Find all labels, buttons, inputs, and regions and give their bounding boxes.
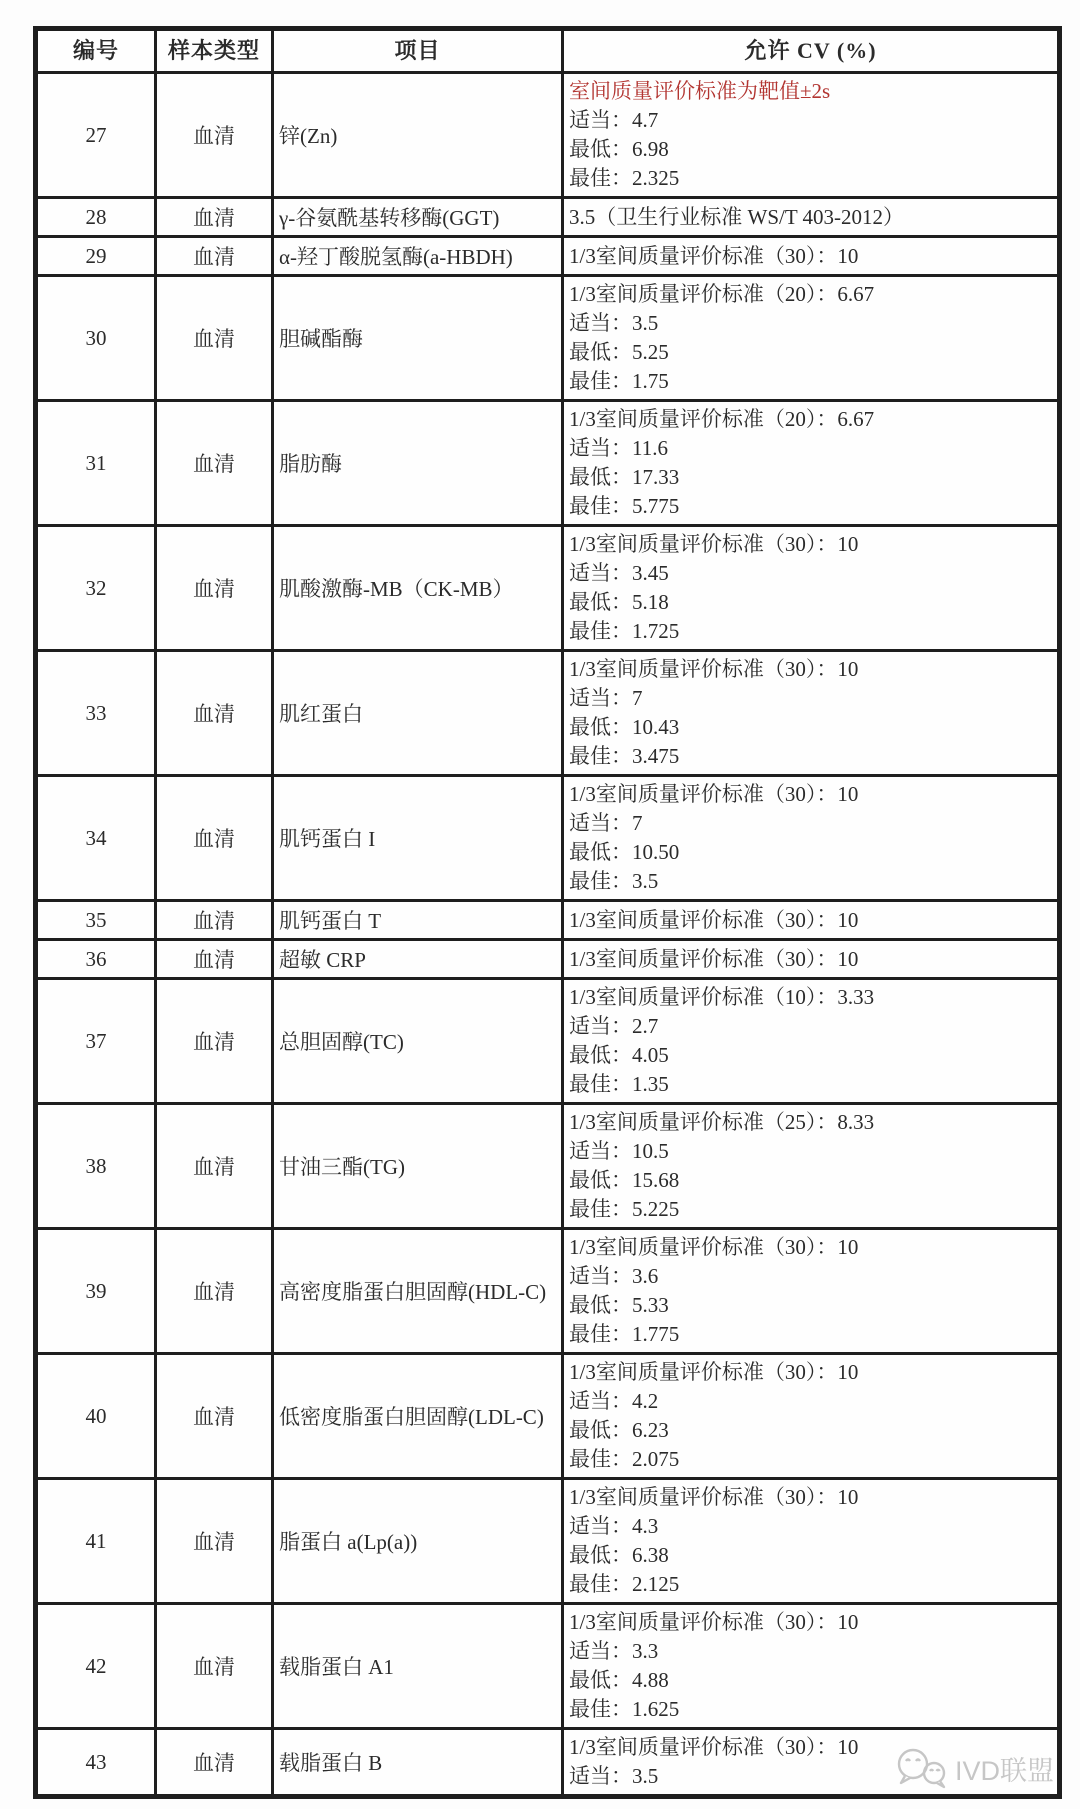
row-sample-type: 血清 — [156, 1604, 273, 1729]
cv-line: 最佳：5.775 — [569, 492, 1049, 521]
row-allowed-cv: 1/3室间质量评价标准（30）：10 — [563, 237, 1060, 276]
row-item: 超敏 CRP — [273, 940, 563, 979]
row-sample-type: 血清 — [156, 73, 273, 198]
row-number: 32 — [36, 526, 156, 651]
row-number: 33 — [36, 651, 156, 776]
col-header-id: 编号 — [36, 29, 156, 73]
cv-line: 1/3室间质量评价标准（30）：10 — [569, 655, 1049, 684]
cv-line: 最低：4.05 — [569, 1041, 1049, 1070]
row-item: 肌钙蛋白 T — [273, 901, 563, 940]
row-allowed-cv: 1/3室间质量评价标准（30）：10适当：4.3最低：6.38最佳：2.125 — [563, 1479, 1060, 1604]
cv-line: 最低：10.50 — [569, 838, 1049, 867]
table-row: 36血清超敏 CRP1/3室间质量评价标准（30）：10 — [36, 940, 1060, 979]
row-sample-type: 血清 — [156, 776, 273, 901]
col-header-allowed-cv: 允许 CV (%) — [563, 29, 1060, 73]
row-item: γ-谷氨酰基转移酶(GGT) — [273, 198, 563, 237]
header-row: 编号 样本类型 项目 允许 CV (%) — [36, 29, 1060, 73]
cv-line: 最佳：3.475 — [569, 742, 1049, 771]
row-allowed-cv: 1/3室间质量评价标准（30）：10适当：3.3最低：4.88最佳：1.625 — [563, 1604, 1060, 1729]
row-sample-type: 血清 — [156, 526, 273, 651]
cv-line: 最低：6.23 — [569, 1416, 1049, 1445]
cv-line: 适当：7 — [569, 684, 1049, 713]
row-sample-type: 血清 — [156, 198, 273, 237]
row-sample-type: 血清 — [156, 1479, 273, 1604]
row-item: α-羟丁酸脱氢酶(a-HBDH) — [273, 237, 563, 276]
row-allowed-cv: 1/3室间质量评价标准（25）：8.33适当：10.5最低：15.68最佳：5.… — [563, 1104, 1060, 1229]
row-number: 40 — [36, 1354, 156, 1479]
cv-line: 1/3室间质量评价标准（30）：10 — [569, 1483, 1049, 1512]
row-number: 29 — [36, 237, 156, 276]
cv-line: 3.5（卫生行业标准 WS/T 403-2012） — [569, 203, 1049, 232]
cv-line: 最低：4.88 — [569, 1666, 1049, 1695]
cv-line: 1/3室间质量评价标准（20）：6.67 — [569, 280, 1049, 309]
row-item: 脂蛋白 a(Lp(a)) — [273, 1479, 563, 1604]
cv-line: 最低：15.68 — [569, 1166, 1049, 1195]
row-item: 胆碱酯酶 — [273, 276, 563, 401]
table-row: 28血清γ-谷氨酰基转移酶(GGT)3.5（卫生行业标准 WS/T 403-20… — [36, 198, 1060, 237]
cv-line: 1/3室间质量评价标准（30）：10 — [569, 780, 1049, 809]
cv-line: 最佳：1.775 — [569, 1320, 1049, 1349]
row-sample-type: 血清 — [156, 901, 273, 940]
row-number: 35 — [36, 901, 156, 940]
cv-line: 适当：3.45 — [569, 559, 1049, 588]
row-number: 36 — [36, 940, 156, 979]
cv-line: 最低：6.38 — [569, 1541, 1049, 1570]
row-item: 肌酸激酶-MB（CK-MB） — [273, 526, 563, 651]
row-number: 30 — [36, 276, 156, 401]
table-row: 43血清载脂蛋白 B1/3室间质量评价标准（30）：10适当：3.5 — [36, 1729, 1060, 1797]
cv-line: 适当：3.5 — [569, 1762, 1049, 1791]
cv-standards-table: 编号 样本类型 项目 允许 CV (%) 27血清锌(Zn)室间质量评价标准为靶… — [33, 26, 1062, 1799]
cv-line: 1/3室间质量评价标准（30）：10 — [569, 1233, 1049, 1262]
cv-line: 适当：3.3 — [569, 1637, 1049, 1666]
cv-line: 最佳：1.35 — [569, 1070, 1049, 1099]
row-item: 甘油三酯(TG) — [273, 1104, 563, 1229]
table-row: 33血清肌红蛋白1/3室间质量评价标准（30）：10适当：7最低：10.43最佳… — [36, 651, 1060, 776]
cv-line: 1/3室间质量评价标准（30）：10 — [569, 242, 1049, 271]
cv-line: 最佳：1.725 — [569, 617, 1049, 646]
row-item: 载脂蛋白 B — [273, 1729, 563, 1797]
col-header-item: 项目 — [273, 29, 563, 73]
cv-line: 最佳：1.625 — [569, 1695, 1049, 1724]
row-allowed-cv: 室间质量评价标准为靶值±2s适当：4.7最低：6.98最佳：2.325 — [563, 73, 1060, 198]
row-number: 39 — [36, 1229, 156, 1354]
table-row: 31血清脂肪酶1/3室间质量评价标准（20）：6.67适当：11.6最低：17.… — [36, 401, 1060, 526]
row-sample-type: 血清 — [156, 651, 273, 776]
cv-line: 1/3室间质量评价标准（25）：8.33 — [569, 1108, 1049, 1137]
row-item: 低密度脂蛋白胆固醇(LDL-C) — [273, 1354, 563, 1479]
row-allowed-cv: 1/3室间质量评价标准（30）：10适当：4.2最低：6.23最佳：2.075 — [563, 1354, 1060, 1479]
row-item: 锌(Zn) — [273, 73, 563, 198]
cv-line: 最低：10.43 — [569, 713, 1049, 742]
row-sample-type: 血清 — [156, 276, 273, 401]
cv-line: 适当：3.5 — [569, 309, 1049, 338]
col-header-sample-type: 样本类型 — [156, 29, 273, 73]
row-sample-type: 血清 — [156, 1729, 273, 1797]
row-number: 27 — [36, 73, 156, 198]
cv-line: 1/3室间质量评价标准（30）：10 — [569, 1733, 1049, 1762]
row-number: 37 — [36, 979, 156, 1104]
cv-line: 适当：7 — [569, 809, 1049, 838]
cv-line: 1/3室间质量评价标准（30）：10 — [569, 1608, 1049, 1637]
row-number: 31 — [36, 401, 156, 526]
cv-line: 1/3室间质量评价标准（20）：6.67 — [569, 405, 1049, 434]
cv-line: 最佳：1.75 — [569, 367, 1049, 396]
row-allowed-cv: 1/3室间质量评价标准（20）：6.67适当：3.5最低：5.25最佳：1.75 — [563, 276, 1060, 401]
row-number: 38 — [36, 1104, 156, 1229]
row-sample-type: 血清 — [156, 1104, 273, 1229]
table-row: 41血清脂蛋白 a(Lp(a))1/3室间质量评价标准（30）：10适当：4.3… — [36, 1479, 1060, 1604]
row-sample-type: 血清 — [156, 1354, 273, 1479]
table-row: 39血清高密度脂蛋白胆固醇(HDL-C)1/3室间质量评价标准（30）：10适当… — [36, 1229, 1060, 1354]
row-allowed-cv: 3.5（卫生行业标准 WS/T 403-2012） — [563, 198, 1060, 237]
row-allowed-cv: 1/3室间质量评价标准（10）：3.33适当：2.7最低：4.05最佳：1.35 — [563, 979, 1060, 1104]
row-sample-type: 血清 — [156, 237, 273, 276]
cv-line-red-note: 室间质量评价标准为靶值±2s — [569, 77, 1049, 106]
cv-line: 1/3室间质量评价标准（30）：10 — [569, 530, 1049, 559]
table-row: 42血清载脂蛋白 A11/3室间质量评价标准（30）：10适当：3.3最低：4.… — [36, 1604, 1060, 1729]
row-sample-type: 血清 — [156, 401, 273, 526]
table-row: 34血清肌钙蛋白 I1/3室间质量评价标准（30）：10适当：7最低：10.50… — [36, 776, 1060, 901]
cv-line: 1/3室间质量评价标准（30）：10 — [569, 1358, 1049, 1387]
row-sample-type: 血清 — [156, 940, 273, 979]
row-allowed-cv: 1/3室间质量评价标准（30）：10 — [563, 940, 1060, 979]
cv-line: 最低：5.33 — [569, 1291, 1049, 1320]
cv-line: 适当：4.7 — [569, 106, 1049, 135]
row-allowed-cv: 1/3室间质量评价标准（30）：10适当：7最低：10.50最佳：3.5 — [563, 776, 1060, 901]
cv-line: 1/3室间质量评价标准（10）：3.33 — [569, 983, 1049, 1012]
row-sample-type: 血清 — [156, 979, 273, 1104]
table-row: 30血清胆碱酯酶1/3室间质量评价标准（20）：6.67适当：3.5最低：5.2… — [36, 276, 1060, 401]
table-row: 37血清总胆固醇(TC)1/3室间质量评价标准（10）：3.33适当：2.7最低… — [36, 979, 1060, 1104]
cv-line: 适当：4.2 — [569, 1387, 1049, 1416]
cv-line: 最低：5.25 — [569, 338, 1049, 367]
cv-line: 适当：11.6 — [569, 434, 1049, 463]
document-page: 编号 样本类型 项目 允许 CV (%) 27血清锌(Zn)室间质量评价标准为靶… — [0, 0, 1080, 1809]
row-item: 肌红蛋白 — [273, 651, 563, 776]
row-item: 高密度脂蛋白胆固醇(HDL-C) — [273, 1229, 563, 1354]
cv-line: 最佳：2.325 — [569, 164, 1049, 193]
cv-line: 最低：6.98 — [569, 135, 1049, 164]
cv-line: 最佳：5.225 — [569, 1195, 1049, 1224]
table-row: 27血清锌(Zn)室间质量评价标准为靶值±2s适当：4.7最低：6.98最佳：2… — [36, 73, 1060, 198]
row-allowed-cv: 1/3室间质量评价标准（30）：10适当：3.6最低：5.33最佳：1.775 — [563, 1229, 1060, 1354]
cv-line: 适当：4.3 — [569, 1512, 1049, 1541]
row-allowed-cv: 1/3室间质量评价标准（30）：10 — [563, 901, 1060, 940]
row-number: 41 — [36, 1479, 156, 1604]
cv-line: 适当：3.6 — [569, 1262, 1049, 1291]
cv-line: 1/3室间质量评价标准（30）：10 — [569, 945, 1049, 974]
cv-line: 适当：2.7 — [569, 1012, 1049, 1041]
table-row: 40血清低密度脂蛋白胆固醇(LDL-C)1/3室间质量评价标准（30）：10适当… — [36, 1354, 1060, 1479]
cv-line: 适当：10.5 — [569, 1137, 1049, 1166]
cv-line: 最佳：2.125 — [569, 1570, 1049, 1599]
cv-line: 最佳：3.5 — [569, 867, 1049, 896]
row-sample-type: 血清 — [156, 1229, 273, 1354]
table-row: 29血清α-羟丁酸脱氢酶(a-HBDH)1/3室间质量评价标准（30）：10 — [36, 237, 1060, 276]
table-row: 32血清肌酸激酶-MB（CK-MB）1/3室间质量评价标准（30）：10适当：3… — [36, 526, 1060, 651]
row-number: 42 — [36, 1604, 156, 1729]
row-item: 总胆固醇(TC) — [273, 979, 563, 1104]
row-allowed-cv: 1/3室间质量评价标准（20）：6.67适当：11.6最低：17.33最佳：5.… — [563, 401, 1060, 526]
table-row: 35血清肌钙蛋白 T1/3室间质量评价标准（30）：10 — [36, 901, 1060, 940]
cv-line: 最佳：2.075 — [569, 1445, 1049, 1474]
table-row: 38血清甘油三酯(TG)1/3室间质量评价标准（25）：8.33适当：10.5最… — [36, 1104, 1060, 1229]
row-item: 脂肪酶 — [273, 401, 563, 526]
cv-line: 最低：17.33 — [569, 463, 1049, 492]
row-number: 28 — [36, 198, 156, 237]
row-allowed-cv: 1/3室间质量评价标准（30）：10适当：3.45最低：5.18最佳：1.725 — [563, 526, 1060, 651]
cv-line: 1/3室间质量评价标准（30）：10 — [569, 906, 1049, 935]
row-item: 肌钙蛋白 I — [273, 776, 563, 901]
cv-line: 最低：5.18 — [569, 588, 1049, 617]
row-number: 43 — [36, 1729, 156, 1797]
table-body: 27血清锌(Zn)室间质量评价标准为靶值±2s适当：4.7最低：6.98最佳：2… — [36, 73, 1060, 1797]
row-allowed-cv: 1/3室间质量评价标准（30）：10适当：7最低：10.43最佳：3.475 — [563, 651, 1060, 776]
row-item: 载脂蛋白 A1 — [273, 1604, 563, 1729]
row-number: 34 — [36, 776, 156, 901]
row-allowed-cv: 1/3室间质量评价标准（30）：10适当：3.5 — [563, 1729, 1060, 1797]
